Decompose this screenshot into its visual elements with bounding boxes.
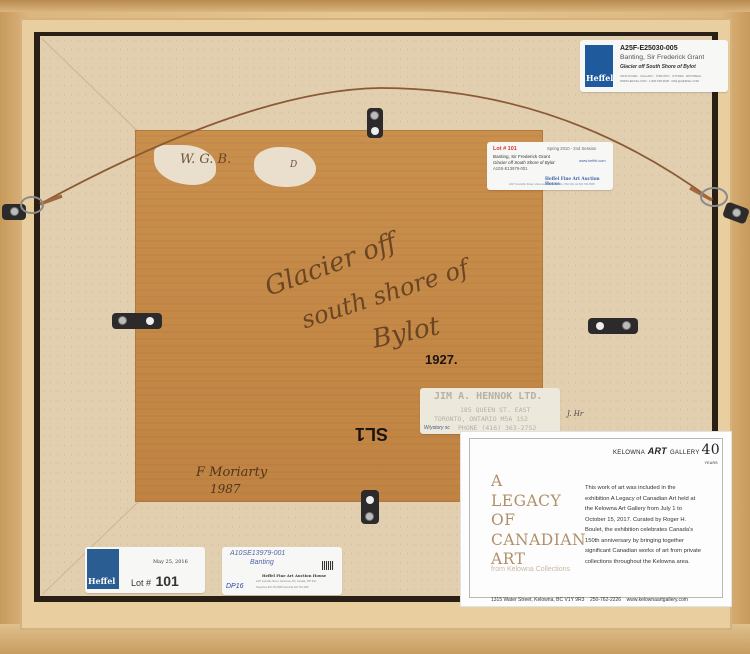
screw xyxy=(731,207,743,219)
d-ring-right xyxy=(700,187,728,207)
screw xyxy=(10,207,19,216)
hanging-wire xyxy=(0,0,750,654)
framed-artwork-back: W. G. B. D Glacier off south shore of By… xyxy=(0,0,750,654)
d-ring-left xyxy=(20,196,44,214)
